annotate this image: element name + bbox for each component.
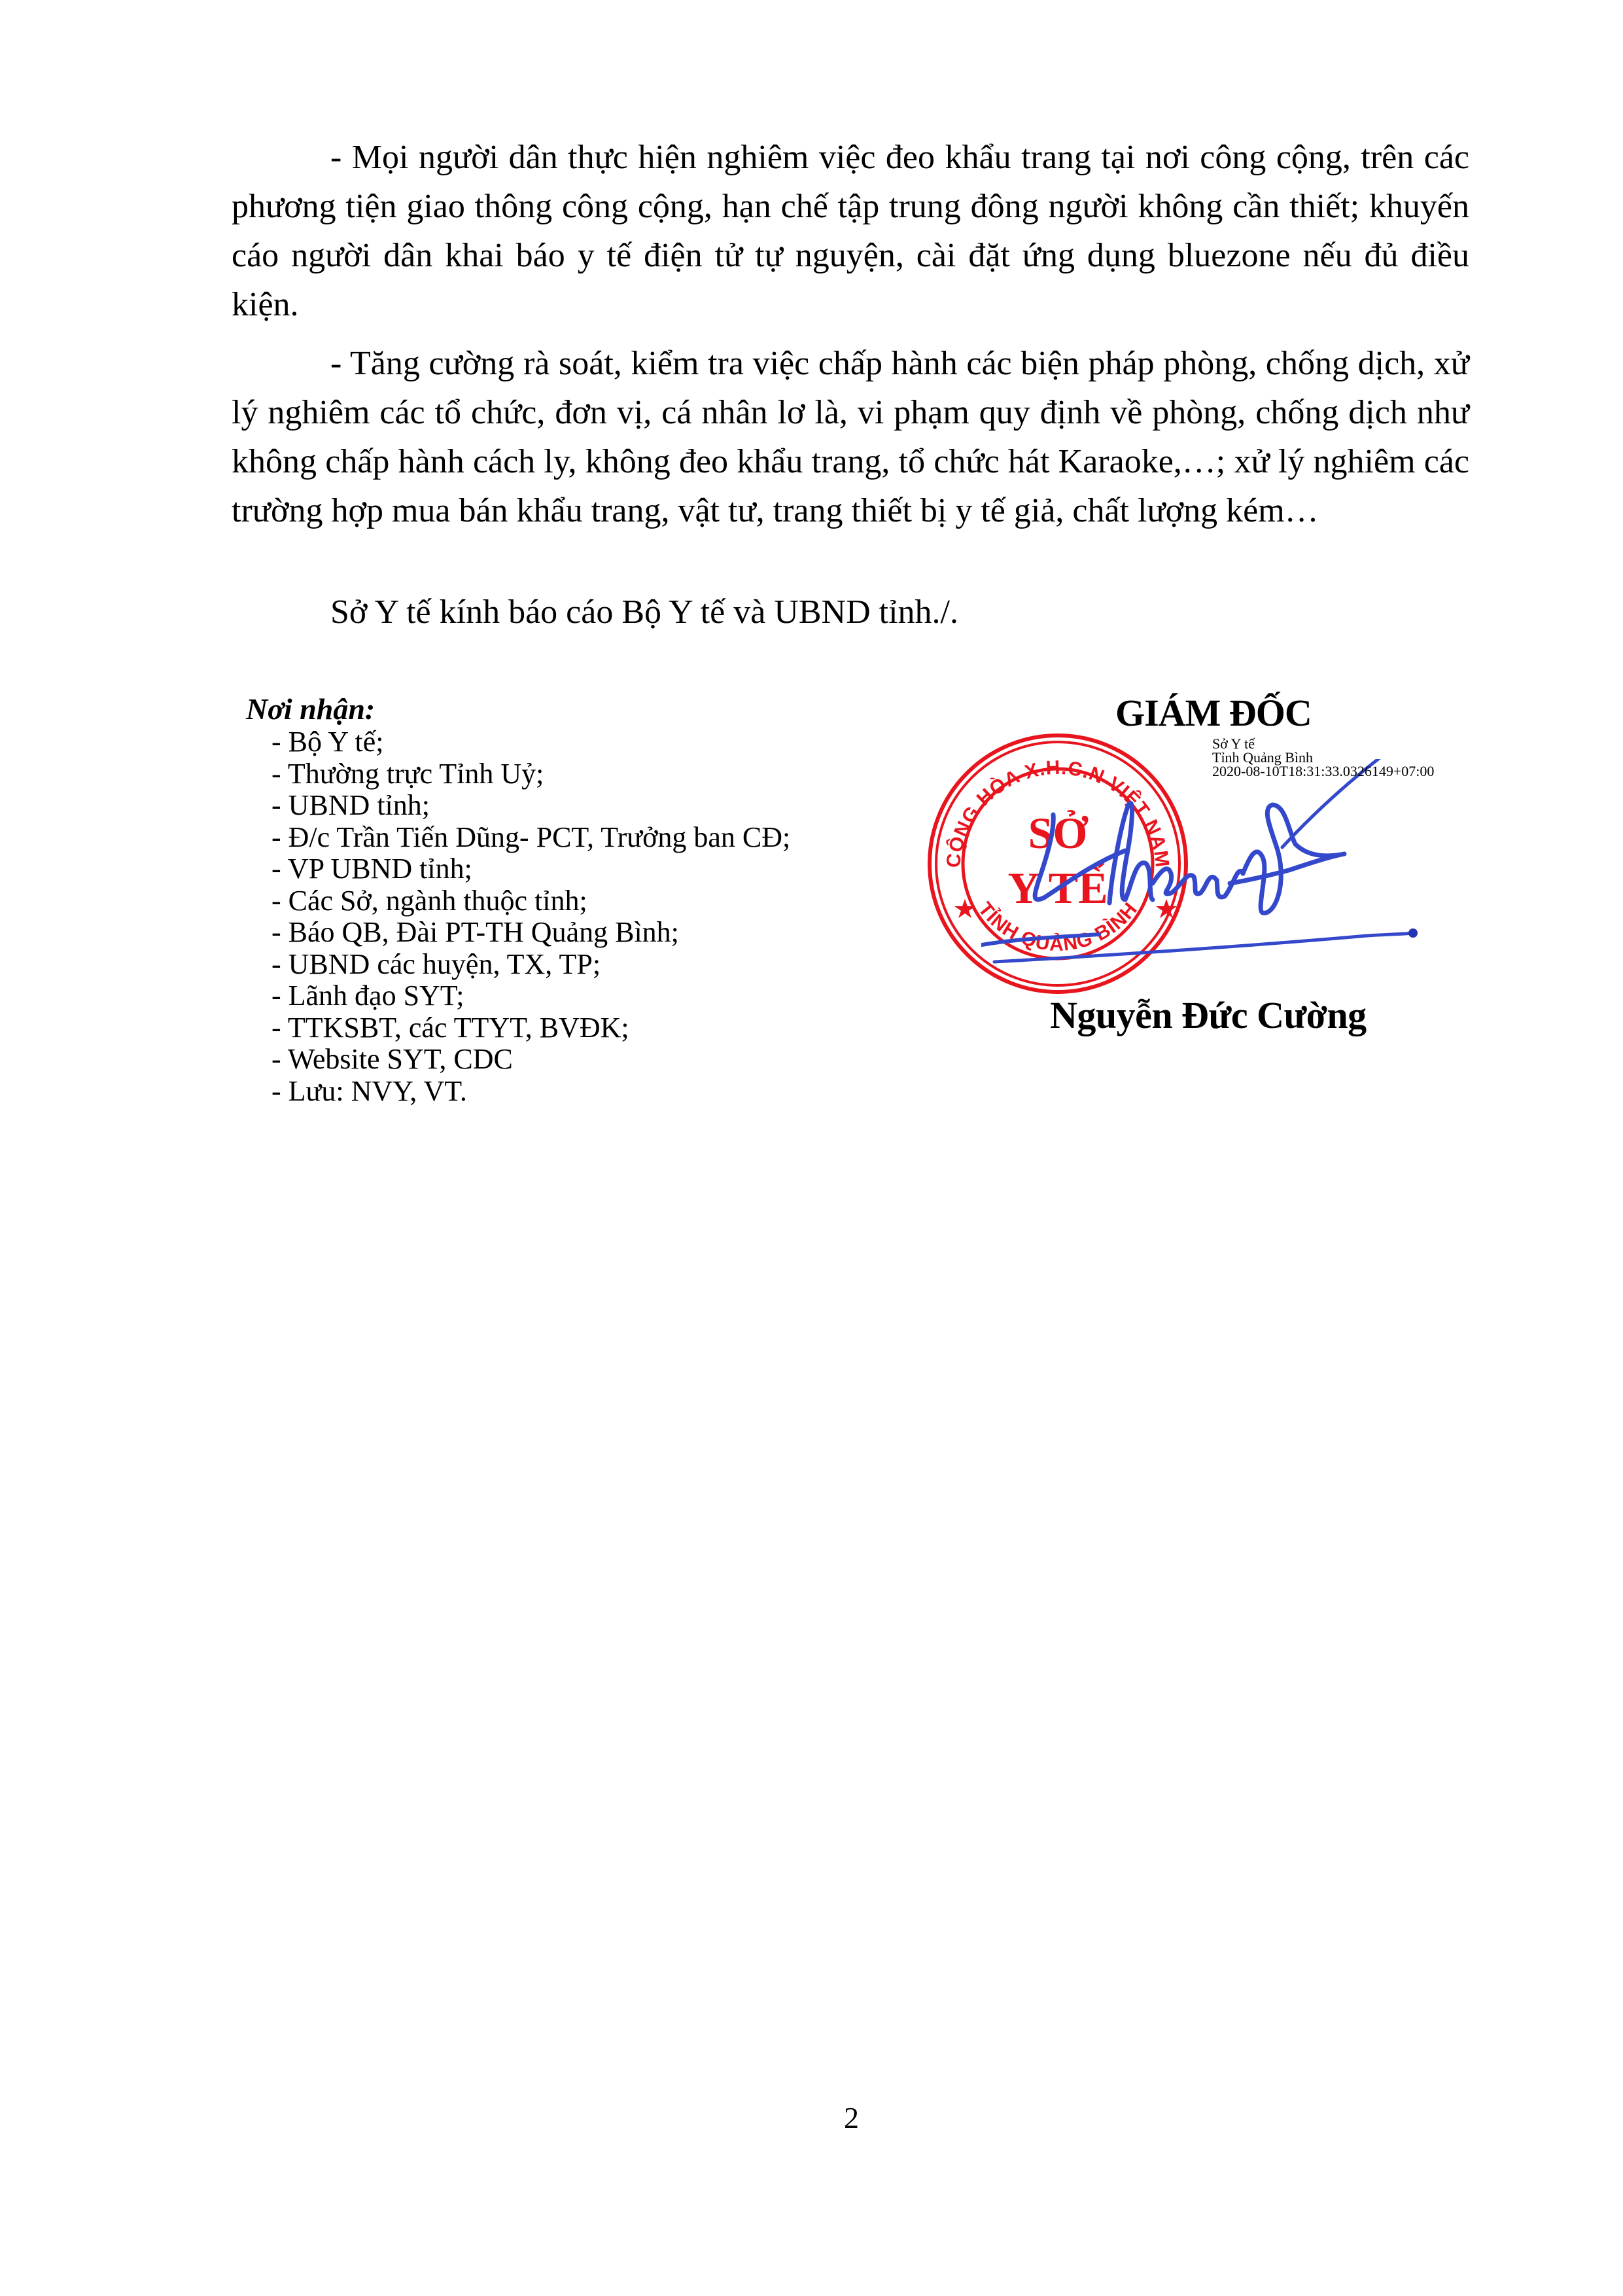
recipient-item: - UBND tỉnh; (271, 790, 900, 822)
page-number: 2 (844, 2100, 859, 2135)
digital-signature-org: Sở Y tế (1212, 737, 1434, 751)
recipients-list: - Bộ Y tế; - Thường trực Tỉnh Uỷ; - UBND… (246, 726, 900, 1107)
paragraph-mask-requirement: - Mọi người dân thực hiện nghiêm việc đe… (232, 133, 1469, 329)
recipient-item: - Lãnh đạo SYT; (271, 980, 900, 1012)
document-page: - Mọi người dân thực hiện nghiêm việc đe… (0, 0, 1623, 2296)
digital-signature-province: Tỉnh Quảng Bình (1212, 751, 1434, 764)
recipient-item: - UBND các huyện, TX, TP; (271, 949, 900, 981)
recipients-block: Nơi nhận: - Bộ Y tế; - Thường trực Tỉnh … (246, 692, 900, 1107)
digital-signature-timestamp: 2020-08-10T18:31:33.0326149+07:00 (1212, 764, 1434, 778)
signer-title: GIÁM ĐỐC (1115, 691, 1312, 735)
digital-signature-info: Sở Y tế Tỉnh Quảng Bình 2020-08-10T18:31… (1212, 737, 1434, 778)
recipient-item: - Website SYT, CDC (271, 1044, 900, 1076)
recipient-item: - Đ/c Trần Tiến Dũng- PCT, Trưởng ban CĐ… (271, 822, 900, 854)
recipient-item: - VP UBND tỉnh; (271, 853, 900, 885)
recipient-item: - Thường trực Tỉnh Uỷ; (271, 758, 900, 790)
recipients-heading: Nơi nhận: (246, 692, 900, 726)
recipient-item: - Bộ Y tế; (271, 726, 900, 758)
signer-name: Nguyễn Đức Cường (1050, 993, 1367, 1037)
paragraph-inspection: - Tăng cường rà soát, kiểm tra việc chấp… (232, 339, 1469, 535)
signature-block: GIÁM ĐỐC Sở Y tế Tỉnh Quảng Bình 2020-08… (916, 680, 1505, 1060)
recipient-item: - Báo QB, Đài PT-TH Quảng Bình; (271, 917, 900, 949)
recipient-item: - Lưu: NVY, VT. (271, 1076, 900, 1108)
recipient-item: - Các Sở, ngành thuộc tỉnh; (271, 885, 900, 917)
recipient-item: - TTKSBT, các TTYT, BVĐK; (271, 1012, 900, 1044)
paragraph-closing: Sở Y tế kính báo cáo Bộ Y tế và UBND tỉn… (232, 588, 1469, 637)
